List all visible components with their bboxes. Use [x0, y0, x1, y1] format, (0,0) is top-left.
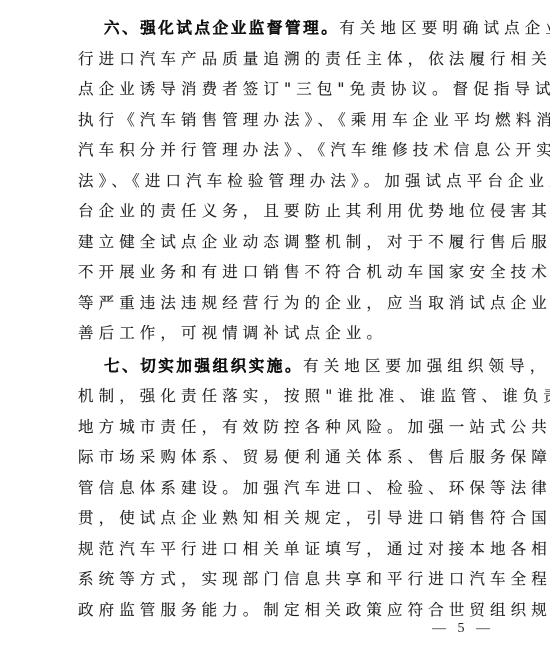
- section-6-heading: 六、强化试点企业监督管理。: [104, 19, 339, 37]
- paragraph-line: 执行《汽车销售管理办法》、《乘用车企业平均燃料消耗量与新能源: [78, 109, 492, 131]
- paragraph-line: 不开展业务和有进口销售不符合机动车国家安全技术标准的汽车: [78, 261, 492, 283]
- paragraph-line: 等严重违法违规经营行为的企业，应当取消试点企业资格，并做好: [78, 292, 492, 314]
- paragraph-line: 地方城市责任，有效防控各种风险。加强一站式公共服务平台、国: [78, 416, 492, 438]
- section-6-first-line: 六、强化试点企业监督管理。有关地区要明确试点企业是平: [104, 17, 492, 39]
- paragraph-line: 汽车积分并行管理办法》、《汽车维修技术信息公开实施管理办: [78, 139, 492, 161]
- paragraph-line: 建立健全试点企业动态调整机制，对于不履行售后服务责任、长期: [78, 231, 492, 253]
- paragraph-line: 善后工作，可视情调补试点企业。: [78, 322, 492, 344]
- paragraph-line: 贯，使试点企业熟知相关规定，引导进口销售符合国家标准汽车。: [78, 507, 492, 529]
- paragraph-line: 行进口汽车产品质量追溯的责任主体，依法履行相关义务，严禁试: [78, 48, 492, 70]
- paragraph-line: 法》、《进口汽车检验管理办法》。加强试点平台企业监管，明确平: [78, 170, 492, 192]
- paragraph-line: 际市场采购体系、贸易便利通关体系、售后服务保障体系和政府监: [78, 446, 492, 468]
- section-7-heading: 七、切实加强组织实施。: [104, 357, 303, 375]
- paragraph-line: 点企业诱导消费者签订"三包"免责协议。督促指导试点企业严格: [78, 78, 492, 100]
- section-7-first-line: 七、切实加强组织实施。有关地区要加强组织领导，完善工作: [104, 355, 492, 377]
- paragraph-line: 规范汽车平行进口相关单证填写，通过对接本地各相关部门信息: [78, 538, 492, 560]
- paragraph-line: 管信息体系建设。加强汽车进口、检验、环保等法律法规和标准宣: [78, 477, 492, 499]
- paragraph-line: 系统等方式，实现部门信息共享和平行进口汽车全程可追溯，提升: [78, 568, 492, 590]
- paragraph-line: 政府监管服务能力。制定相关政策应符合世贸组织规则，具体政: [78, 599, 492, 621]
- document-page: 六、强化试点企业监督管理。有关地区要明确试点企业是平 行进口汽车产品质量追溯的责…: [0, 0, 550, 646]
- section-7-text: 有关地区要加强组织领导，完善工作: [303, 357, 550, 375]
- page-number: — 5 —: [432, 620, 494, 638]
- paragraph-line: 机制，强化责任落实，按照"谁批准、谁监管、谁负责"的原则，明确: [78, 385, 492, 407]
- paragraph-line: 台企业的责任义务，且要防止其利用优势地位侵害其他企业利益。: [78, 200, 492, 222]
- section-6-text: 有关地区要明确试点企业是平: [339, 19, 550, 37]
